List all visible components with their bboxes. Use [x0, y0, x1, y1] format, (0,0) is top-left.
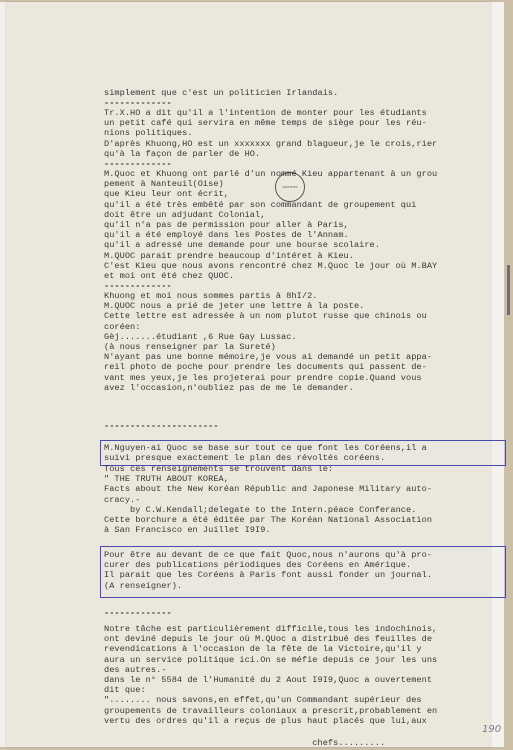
- section-6: Notre tâche est particulièrement diffici…: [104, 624, 504, 726]
- text-line: vertu des ordres qu'il a reçus de plus h…: [104, 716, 504, 726]
- separator-2: -------------: [104, 159, 504, 169]
- text-line: reil photo de poche pour prendre les doc…: [104, 362, 504, 372]
- section-3: M.Quoc et Khuong ont parlé d'un nommé Ki…: [104, 169, 504, 281]
- separator: -------------: [104, 98, 504, 108]
- text-line: qu'à la façon de parler de HO.: [104, 149, 504, 159]
- text-line: doit être un adjudant Colonial,: [104, 210, 504, 220]
- text-line: revendications à l'occasion de la fête d…: [104, 644, 504, 654]
- text-line: qu'il a adressé une demande pour une bou…: [104, 240, 504, 250]
- text-line: Cette borchure a été éditée par The Koré…: [104, 515, 504, 525]
- page-number: 190: [482, 724, 501, 735]
- highlight-2-text: Pour être au devant de ce que fait Quoc,…: [104, 550, 504, 591]
- text-line: pement à Nanteuil(Oise): [104, 179, 504, 189]
- separator-3: -------------: [104, 281, 504, 291]
- text-line: Tr.X.HO a dit qu'il a l'intention de mon…: [104, 108, 504, 118]
- text-line: Pour être au devant de ce que fait Quoc,…: [104, 550, 504, 560]
- text-line: cracy.-: [104, 495, 504, 505]
- text-line: dans le n° 5584 de l'Humanité du 2 Aout …: [104, 675, 504, 685]
- catchword: chefs.........: [104, 738, 504, 748]
- text-line: M.QUOC parait prendre beaucoup d'intéret…: [104, 251, 504, 261]
- margin-marks: [507, 265, 510, 315]
- section-5: Tous ces renseignements se trouvent dans…: [104, 464, 504, 535]
- separator: -------------: [104, 159, 504, 169]
- text-line: ont deviné depuis le jour où M.QUoc a di…: [104, 634, 504, 644]
- section-2: Tr.X.HO a dit qu'il a l'intention de mon…: [104, 108, 504, 159]
- text-line: C'est Kieu que nous avons rencontré chez…: [104, 261, 504, 271]
- text-line: un petit café qui servira en même temps …: [104, 118, 504, 128]
- text-line: curer des publications périodiques des C…: [104, 560, 504, 570]
- text-line: "........ nous savons,en effet,qu'un Com…: [104, 695, 504, 705]
- catchword-text: chefs.........: [104, 738, 504, 748]
- text-line: Cette lettre est adressée à un nom pluto…: [104, 311, 504, 321]
- text-line: suivi presque exactement le plan des rév…: [104, 453, 504, 463]
- separator: -------------: [104, 608, 504, 618]
- text-line: (à nous renseigner par la Sureté): [104, 342, 504, 352]
- text-line: M.QUOC nous a prié de jeter une lettre à…: [104, 301, 504, 311]
- text-line: Tous ces renseignements se trouvent dans…: [104, 464, 504, 474]
- text-line: et moi ont été chez QUOC.: [104, 271, 504, 281]
- text-line: avez l'occasion,n'oubliez pas de me le d…: [104, 383, 504, 393]
- highlight-1-text: M.Nguyen-ai Quoc se base sur tout ce que…: [104, 443, 504, 463]
- text-line: D'après Khuong,HO est un xxxxxxx grand b…: [104, 139, 504, 149]
- section-1: simplement que c'est un politicien Irlan…: [104, 88, 504, 98]
- text-line: des autres.-: [104, 665, 504, 675]
- separator: -------------: [104, 281, 504, 291]
- text-line: que Kieu leur ont écrit,: [104, 189, 504, 199]
- separator: ----------------------: [104, 421, 504, 431]
- text-line: nions politiques.: [104, 128, 504, 138]
- text-line: Il parait que les Coréens à Paris font a…: [104, 570, 504, 580]
- text-line: M.Quoc et Khuong ont parlé d'un nommé Ki…: [104, 169, 504, 179]
- text-line: qu'il a été très embêté par son commanda…: [104, 200, 504, 210]
- text-line: N'ayant pas une bonne mémoire,je vous ai…: [104, 352, 504, 362]
- text-line: simplement que c'est un politicien Irlan…: [104, 88, 504, 98]
- text-line: qu'il n'a pas de permission pour aller à…: [104, 220, 504, 230]
- section-4: Khuong et moi nous sommes partis à 8hI/2…: [104, 291, 504, 393]
- text-line: by C.W.Kendall;delegate to the Intern.pé…: [104, 505, 504, 515]
- text-line: M.Nguyen-ai Quoc se base sur tout ce que…: [104, 443, 504, 453]
- text-line: aura un service politique ici.On se méfi…: [104, 655, 504, 665]
- text-line: Gèj.......étudiant ,6 Rue Gay Lussac.: [104, 332, 504, 342]
- separator-5: -------------: [104, 608, 504, 618]
- text-line: Notre tâche est particulièrement diffici…: [104, 624, 504, 634]
- text-line: à San Francisco en Juillet I9I9.: [104, 525, 504, 535]
- text-line: (A renseigner).: [104, 581, 504, 591]
- text-line: qu'il a été employé dans les Postes de l…: [104, 230, 504, 240]
- text-line: " THE TRUTH ABOUT KOREA,: [104, 474, 504, 484]
- text-line: Khuong et moi nous sommes partis à 8hI/2…: [104, 291, 504, 301]
- text-line: Facts about the New Koréan Républic and …: [104, 484, 504, 494]
- text-line: groupements de travailleurs coloniaux a …: [104, 706, 504, 716]
- text-line: coréen:: [104, 322, 504, 332]
- text-line: dit que:: [104, 685, 504, 695]
- text-line: vant mes yeux,je les projeterai pour pre…: [104, 373, 504, 383]
- separator-4: ----------------------: [104, 421, 504, 431]
- separator-1: -------------: [104, 98, 504, 108]
